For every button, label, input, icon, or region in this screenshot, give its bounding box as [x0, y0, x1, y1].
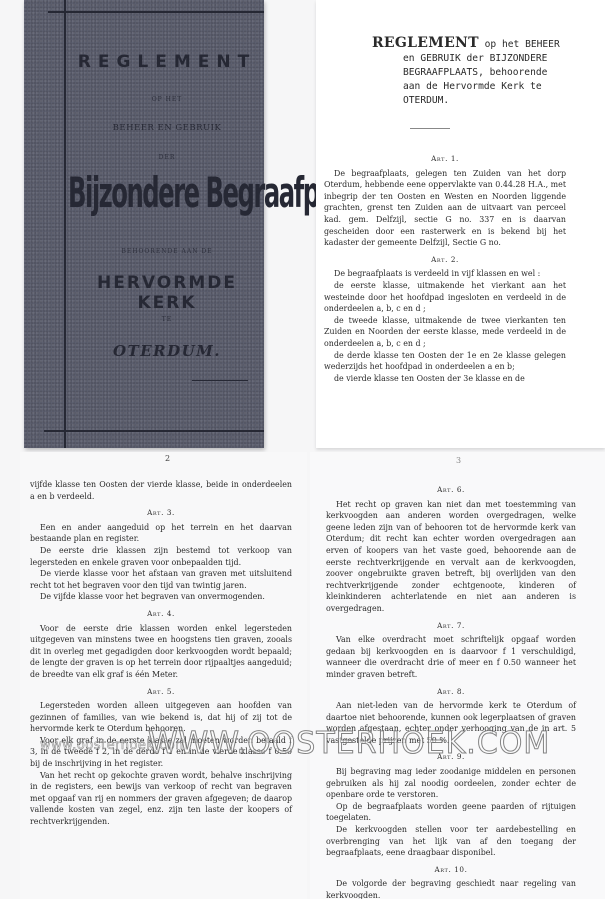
- cover-vertical-rule: [64, 0, 66, 448]
- page-1-body: Art. 1. De begraafplaats, gelegen ten Zu…: [324, 148, 566, 384]
- article-9-para: Op de begraafplaats worden geene paarden…: [326, 801, 576, 824]
- article-7-text: Van elke overdracht moet schriftelijk op…: [326, 634, 576, 680]
- article-3-para: De vijfde klasse voor het begraven van o…: [30, 591, 292, 603]
- heading-line-2: en GEBRUIK der BIJZONDERE: [372, 52, 592, 66]
- page-2: 2 vijfde klasse ten Oosten der vierde kl…: [20, 452, 307, 899]
- article-5-label: Art. 5.: [30, 686, 292, 698]
- article-3-label: Art. 3.: [30, 507, 292, 519]
- page-number: 3: [456, 456, 461, 465]
- heading-line-4: aan de Hervormde Kerk te: [372, 80, 592, 94]
- article-1-label: Art. 1.: [324, 153, 566, 165]
- article-9-label: Art. 9.: [326, 751, 576, 763]
- article-6-text: Het recht op graven kan niet dan met toe…: [326, 499, 576, 615]
- article-10-label: Art. 10.: [326, 864, 576, 876]
- continued-text: vijfde klasse ten Oosten der vierde klas…: [30, 479, 292, 502]
- cover-top-rule: [48, 11, 264, 13]
- article-10-text: De volgorde der begraving geschiedt naar…: [326, 878, 576, 899]
- heading-line-3: BEGRAAFPLAATS, behoorende: [372, 66, 592, 80]
- article-2-label: Art. 2.: [324, 254, 566, 266]
- article-8-label: Art. 8.: [326, 686, 576, 698]
- heading-ornament: [410, 128, 450, 129]
- article-4-label: Art. 4.: [30, 608, 292, 620]
- article-7-label: Art. 7.: [326, 620, 576, 632]
- heading-reglement: REGLEMENT: [372, 35, 479, 51]
- heading-line-5: OTERDUM.: [372, 94, 592, 108]
- cover-ornament: [192, 380, 248, 381]
- page-2-body: vijfde klasse ten Oosten der vierde klas…: [30, 479, 292, 828]
- article-5-para: Van het recht op gekochte graven wordt, …: [30, 770, 292, 828]
- article-2-para: de eerste klasse, uitmakende het vierkan…: [324, 280, 566, 315]
- cover-op-het: OP HET: [70, 96, 264, 103]
- article-8-text: Aan niet-leden van de hervormde kerk te …: [326, 700, 576, 746]
- cover-church: HERVORMDE KERK: [70, 273, 264, 313]
- article-3-para: Een en ander aangeduid op het terrein en…: [30, 522, 292, 545]
- article-5-para: Legersteden worden alleen uitgegeven aan…: [30, 700, 292, 735]
- article-3-para: De vierde klasse voor het afstaan van gr…: [30, 568, 292, 591]
- page-1: REGLEMENT op het BEHEER en GEBRUIK der B…: [316, 0, 605, 448]
- cover-der: DER: [70, 154, 264, 161]
- reglement-heading: REGLEMENT op het BEHEER en GEBRUIK der B…: [372, 36, 592, 108]
- article-9-para: Bij begraving mag ieder zoodanige middel…: [326, 766, 576, 801]
- article-2-para: de derde klasse ten Oosten der 1e en 2e …: [324, 350, 566, 373]
- article-2-para: de tweede klasse, uitmakende de twee vie…: [324, 315, 566, 350]
- cover-te: TE: [70, 316, 264, 323]
- booklet-cover: REGLEMENT OP HET BEHEER EN GEBRUIK DER B…: [24, 0, 264, 448]
- page-3-body: Art. 6. Het recht op graven kan niet dan…: [326, 479, 576, 899]
- cover-bottom-rule: [44, 430, 264, 432]
- article-3-para: De eerste drie klassen zijn bestemd tot …: [30, 545, 292, 568]
- article-4-text: Voor de eerste drie klassen worden enkel…: [30, 623, 292, 681]
- article-6-label: Art. 6.: [326, 484, 576, 496]
- article-5-para: Voor elk graf in de eerste klasse zal mo…: [30, 735, 292, 770]
- cover-place: OTERDUM.: [70, 342, 264, 360]
- page-3: 3 Art. 6. Het recht op graven kan niet d…: [310, 452, 605, 899]
- heading-line-1: op het BEHEER: [479, 39, 560, 50]
- article-2-para: de vierde klasse ten Oosten der 3e klass…: [324, 373, 566, 385]
- article-2-para: De begraafplaats is verdeeld in vijf kla…: [324, 268, 566, 280]
- article-9-para: De kerkvoogden stellen voor ter aardebes…: [326, 824, 576, 859]
- page-number: 2: [165, 454, 170, 463]
- cover-beheer: BEHEER EN GEBRUIK: [70, 123, 264, 133]
- cover-title: REGLEMENT: [70, 52, 264, 72]
- cover-main-title: Bijzondere Begraafplaats: [68, 170, 270, 218]
- article-1-text: De begraafplaats, gelegen ten Zuiden van…: [324, 168, 566, 249]
- cover-behoorende: BEHOORENDE AAN DE: [70, 248, 264, 255]
